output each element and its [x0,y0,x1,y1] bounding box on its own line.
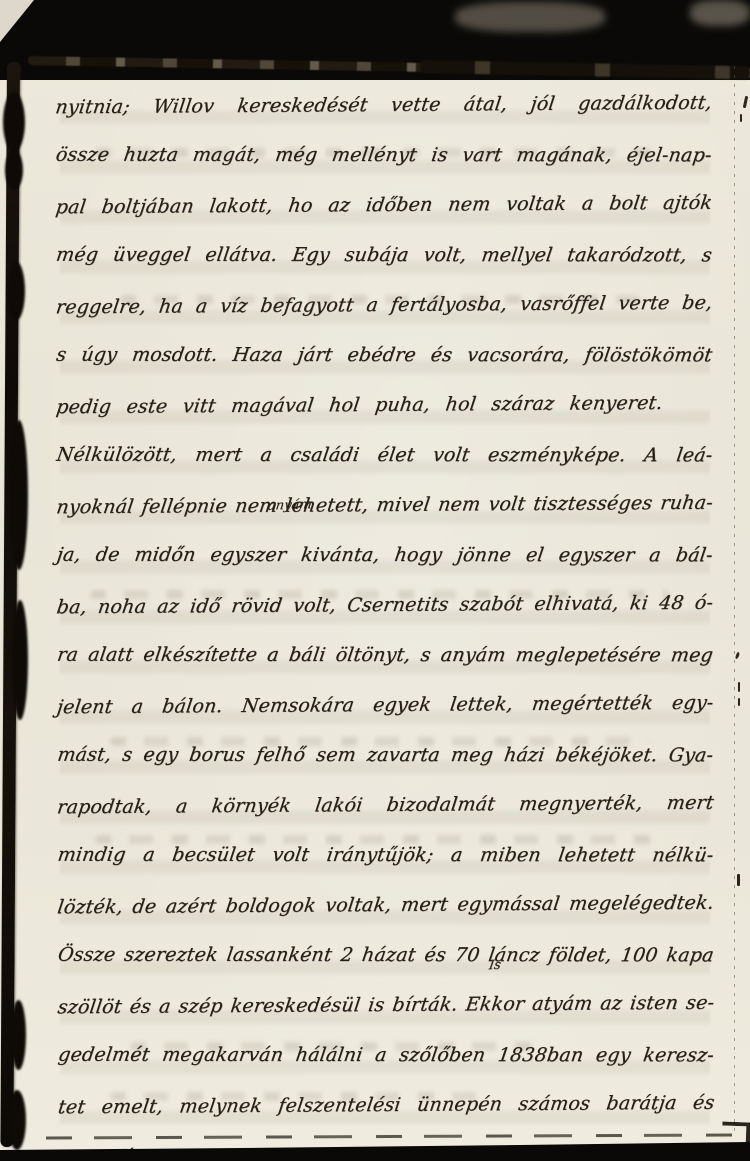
left-edge-ink-blob [12,600,28,720]
manuscript-line: mást, s egy borus felhő sem zavarta meg … [54,730,717,781]
manuscript-line: reggelre, ha a víz befagyott a fertályos… [53,278,716,333]
manuscript-line: még üveggel ellátva. Egy subája volt, me… [53,230,716,281]
left-edge-ink-blob [11,1000,26,1070]
manuscript-line: ra alatt elkészítette a báli öltönyt, s … [54,630,717,681]
manuscript-line: mindig a becsület volt iránytűjök; a mib… [54,830,717,881]
interlinear-insertion-anyam: anyám [267,497,313,514]
manuscript-line: pal boltjában lakott, ho az időben nem v… [52,178,715,233]
right-edge-ink-mark [738,698,740,706]
manuscript-line: nyitnia; Willov kereskedését vette átal,… [52,78,715,133]
right-edge-ink-mark [740,114,742,122]
manuscript-line: s úgy mosdott. Haza járt ebédre és vacso… [53,330,716,381]
right-edge-ink-mark [737,874,740,886]
right-edge-ink-mark [738,682,740,692]
manuscript-line: lözték, de azért boldogok voltak, mert e… [54,878,717,933]
interlinear-insertion-is: Is [488,958,502,973]
left-edge-ink-blob [5,150,23,190]
left-edge-ink-blob [8,262,25,320]
manuscript-line: Nélkülözött, mert a családi élet volt es… [53,430,716,481]
manuscript-line: jelent a bálon. Nemsokára egyek lettek, … [54,678,717,733]
manuscript-line: ba, noha az idő rövid volt, Csernetits s… [53,578,716,633]
manuscript-line: pedig este vitt magával hol puha, hol sz… [53,378,666,432]
manuscript-line: össze huzta magát, még mellényt is vart … [52,130,715,181]
scan-top-smudge [455,2,605,32]
manuscript-line: nyoknál fellépnie nem lehetett, mivel ne… [53,478,716,533]
left-edge-ink-blob [3,92,25,152]
manuscript-paper: nyitnia; Willov kereskedését vette átal,… [0,0,750,1161]
left-edge-ink-blob [8,1090,26,1150]
manuscript-text: nyitnia; Willov kereskedését vette átal,… [56,79,715,1131]
manuscript-line: szöllöt és a szép kereskedésül is bírták… [55,978,718,1033]
manuscript-line: tet emelt, melynek felszentelési ünnepén… [55,1078,718,1133]
manuscript-line: Össze szereztek lassanként 2 házat és 70… [55,930,718,981]
left-edge-ink-blob [10,420,28,570]
page-right-fold-line [734,66,735,1136]
manuscript-line: rapodtak, a környék lakói bizodalmát meg… [54,778,717,833]
manuscript-line: ja, de midőn egyszer kivánta, hogy jönne… [53,530,716,581]
manuscript-line: gedelmét megakarván hálálni a szőlőben 1… [55,1030,718,1081]
scan-top-smudge [690,0,750,26]
